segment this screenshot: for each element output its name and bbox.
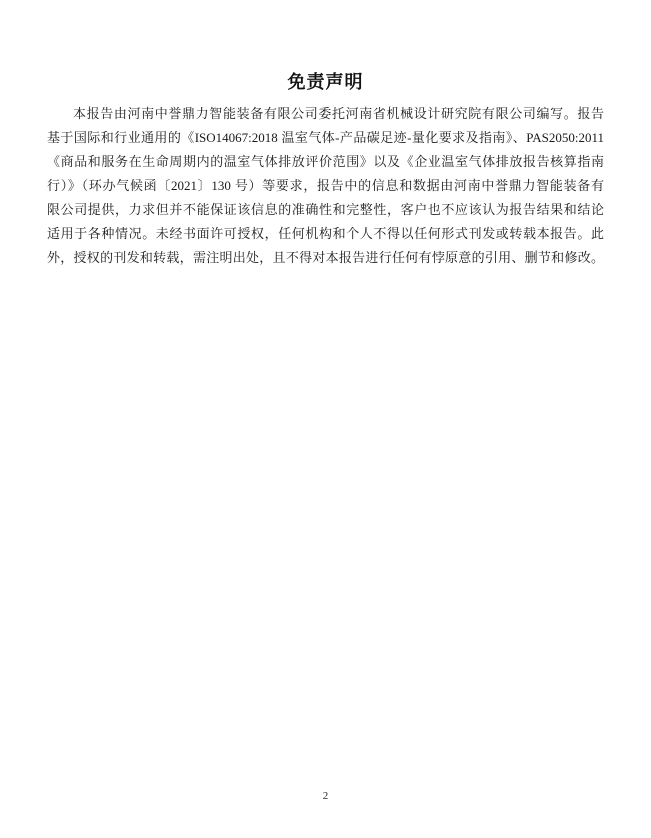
paragraph-line-5: 限公司提供，力求但并不能保证该信息的准确性和完整性，客户也不应该认为报告结果和结… — [47, 198, 604, 222]
paragraph-line-2: 基于国际和行业通用的《ISO14067:2018 温室气体-产品碳足迹-量化要求… — [47, 126, 604, 150]
paragraph-line-7: 外，授权的刊发和转载，需注明出处，且不得对本报告进行任何有悖原意的引用、删节和修… — [47, 246, 604, 270]
page-number: 2 — [0, 789, 651, 803]
paragraph-line-3: 《商品和服务在生命周期内的温室气体排放评价范围》以及《企业温室气体排放报告核算指… — [47, 150, 604, 174]
document-page: 免责声明 本报告由河南中誉鼎力智能装备有限公司委托河南省机械设计研究院有限公司编… — [0, 0, 651, 838]
paragraph-line-1: 本报告由河南中誉鼎力智能装备有限公司委托河南省机械设计研究院有限公司编写。报告 — [47, 102, 604, 126]
paragraph-line-6: 适用于各种情况。未经书面许可授权，任何机构和个人不得以任何形式刊发或转载本报告。… — [47, 222, 604, 246]
disclaimer-paragraph: 本报告由河南中誉鼎力智能装备有限公司委托河南省机械设计研究院有限公司编写。报告 … — [47, 102, 604, 270]
paragraph-line-4: 行）》（环办气候函〔2021〕130 号）等要求，报告中的信息和数据由河南中誉鼎… — [47, 174, 604, 198]
page-title: 免责声明 — [47, 71, 604, 94]
